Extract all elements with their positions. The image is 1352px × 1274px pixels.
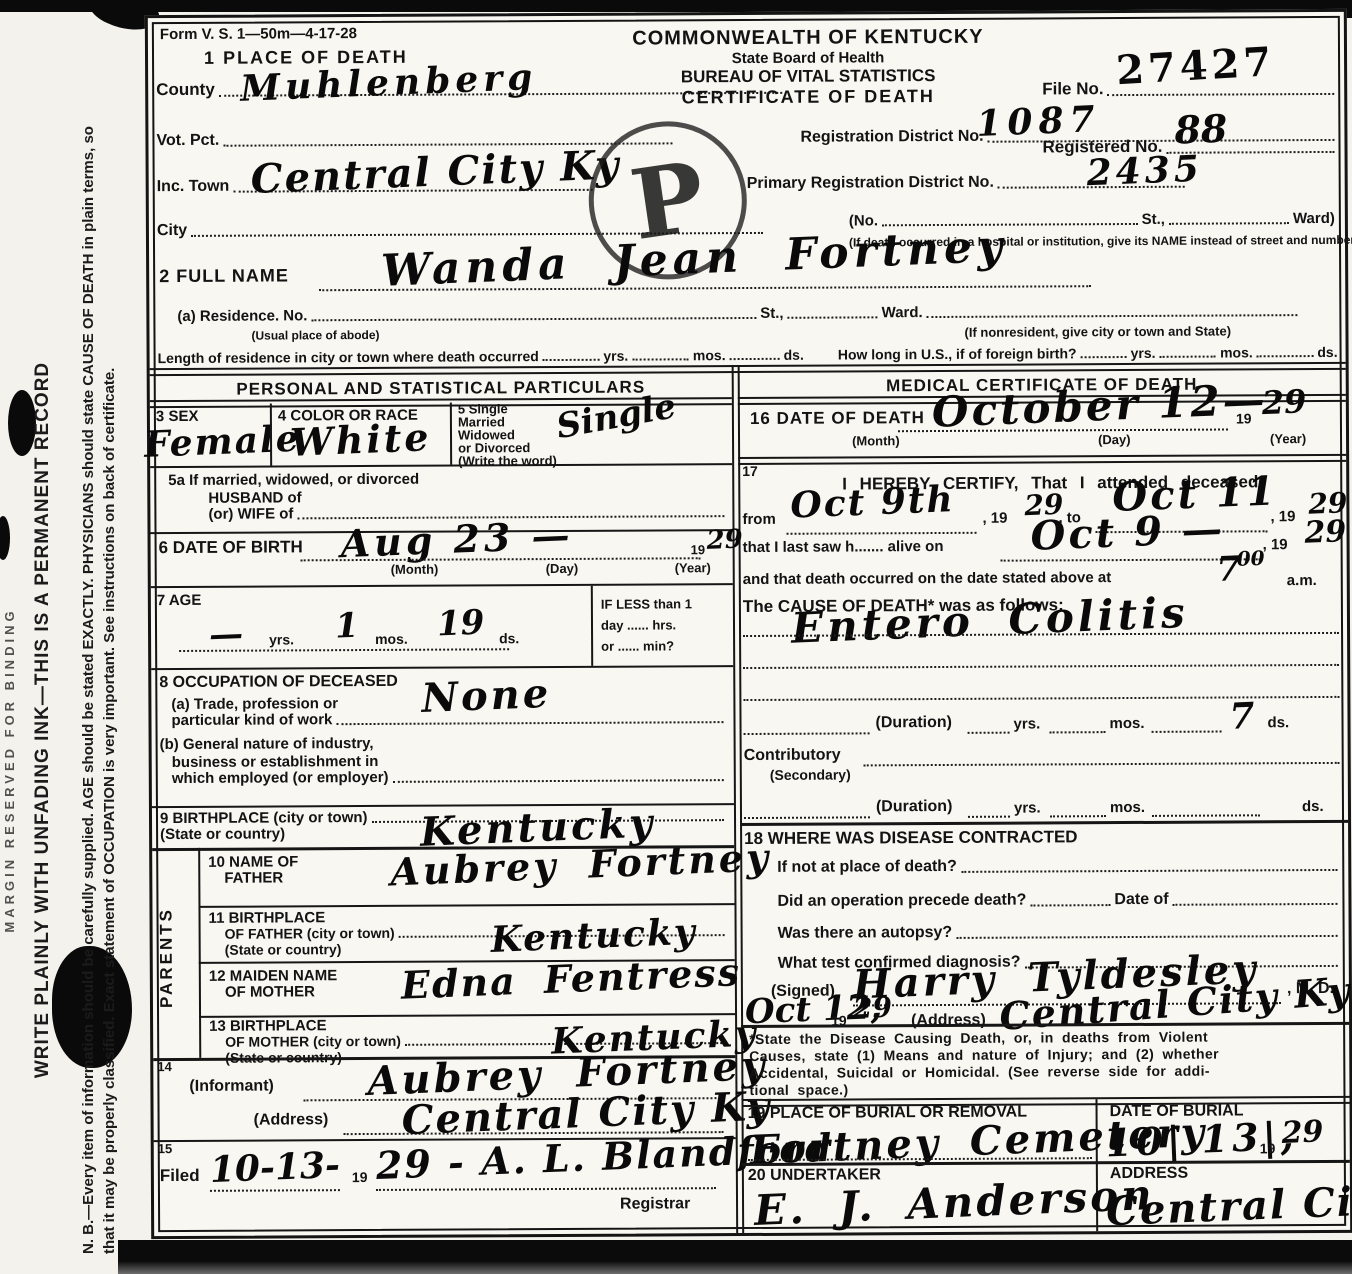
dotted-line: [788, 314, 878, 318]
cell-divider: [270, 403, 272, 465]
row-divider: [151, 665, 733, 670]
dotted-line: [336, 719, 723, 725]
father-bp-state-label: (State or country): [225, 941, 342, 958]
burial-year-handwriting: 29: [1281, 1117, 1324, 1149]
year-label: (Year): [675, 561, 711, 576]
if-less-box-divider: [591, 586, 593, 666]
registration-district-label: Registration District No.: [800, 128, 983, 147]
dotted-line: [961, 867, 1337, 873]
certificate-frame: Form V. S. 1—50m—4-17-28 1 PLACE OF DEAT…: [145, 9, 1352, 1239]
dotted-line: [968, 814, 1010, 818]
cause-of-death-handwriting: Entero Colitis: [790, 592, 1189, 650]
city-label: City: [157, 222, 187, 240]
how-long-label: How long in U.S., if of foreign birth?: [838, 345, 1077, 362]
undertaker-handwriting: E. J. Anderson: [753, 1174, 1155, 1232]
dotted-line: [1152, 729, 1222, 733]
registrar-label: Registrar: [620, 1195, 690, 1214]
item14-number: 14: [157, 1060, 172, 1075]
dotted-line: [864, 760, 1340, 766]
occupation-handwriting: None: [421, 674, 552, 719]
scan-band-bottom: [118, 1240, 1352, 1274]
dotted-line: [393, 777, 724, 783]
filed-label: Filed: [160, 1166, 200, 1186]
signed-address-label: (Address): [911, 1012, 986, 1031]
duration2-label: (Duration): [876, 798, 953, 817]
full-name-label: 2 FULL NAME: [159, 265, 289, 286]
duration-mos: mos.: [1109, 715, 1144, 732]
file-no-label: File No.: [1042, 79, 1104, 99]
residence-label: (a) Residence. No.: [177, 307, 307, 325]
dotted-line: [1152, 812, 1260, 817]
duration2-ds: ds.: [1302, 798, 1324, 815]
contributory-label: Contributory: [744, 747, 841, 766]
secondary-label: (Secondary): [770, 766, 851, 783]
age-yrs-unit: yrs.: [269, 631, 294, 647]
inc-town-label: Inc. Town: [157, 178, 230, 196]
mother-name-handwriting: Edna Fentress: [400, 953, 742, 1005]
burial-19: 19: [1260, 1140, 1276, 1156]
file-no-stamped: 27427: [1115, 42, 1276, 91]
dotted-line: [743, 662, 1339, 669]
residence-st-label: St.,: [760, 305, 783, 322]
county-handwriting: Muhlenberg: [240, 59, 538, 107]
undertaker-address-label: ADDRESS: [1110, 1165, 1188, 1184]
signed-year-handwriting: 29: [852, 994, 892, 1024]
abode-note: (Usual place of abode): [251, 329, 379, 343]
operation-row: Did an operation precede death? Date of: [777, 890, 1341, 911]
duration-ds: ds.: [1267, 714, 1289, 731]
item17-number: 17: [742, 463, 758, 479]
item15-number: 15: [158, 1142, 173, 1157]
father-name-label2: FATHER: [224, 869, 283, 887]
day-label: (Day): [1098, 433, 1131, 448]
autopsy-row: Was there an autopsy?: [778, 922, 1342, 943]
age-mos-unit: mos.: [375, 631, 408, 647]
county-label: County: [156, 80, 215, 100]
filed-date-handwriting: 10-13-: [209, 1147, 340, 1188]
dob-year-handwriting: 29: [706, 526, 743, 553]
if-not-row: If not at place of death?: [777, 856, 1341, 877]
duration-label: (Duration): [875, 714, 952, 733]
to-19: , 19: [1270, 508, 1295, 525]
birthplace-state-label: (State or country): [160, 825, 285, 843]
dotted-line: [1257, 353, 1314, 357]
last-saw-label: that I last saw h....... alive on: [743, 538, 944, 556]
informant-label: (Informant): [189, 1077, 274, 1096]
st-label: St.,: [1142, 211, 1165, 228]
age-mos-handwriting: 1: [334, 609, 359, 644]
cell-divider: [450, 403, 452, 465]
row-divider: [198, 903, 734, 908]
scanned-death-certificate: MARGIN RESERVED FOR BINDING WRITE PLAINL…: [0, 0, 1352, 1274]
dotted-line: [632, 356, 689, 360]
dotted-line: [1173, 901, 1338, 906]
bureau-subtitle: BUREAU OF VITAL STATISTICS: [568, 66, 1048, 88]
sex-handwriting: Female: [143, 421, 301, 463]
duration-ds-handwriting: 7: [1229, 698, 1255, 735]
yrs-label: yrs.: [1131, 345, 1156, 361]
last-saw-year-handwriting: 29: [1304, 517, 1347, 549]
marital-options-label: 5 Single Married Widowed or Divorced (Wr…: [458, 402, 557, 468]
nonresident-note: (If nonresident, give city or town and S…: [964, 324, 1231, 340]
occupation-b3: which employed (or employer): [172, 769, 389, 787]
age-ds-handwriting: 19: [436, 606, 485, 642]
dotted-line: [956, 933, 1337, 939]
age-label: 7 AGE: [157, 592, 202, 609]
dotted-line: [1050, 729, 1106, 733]
birthplace-label: 9 BIRTHPLACE (city or town): [160, 809, 368, 827]
residence-row: (a) Residence. No. St., Ward.: [177, 302, 1301, 325]
ds-label: ds.: [784, 347, 804, 363]
dotted-line: [1050, 813, 1106, 817]
occupation-b3-row: which employed (or employer): [172, 767, 728, 787]
age-ds-unit: ds.: [499, 630, 519, 646]
where-contracted-label: 18 WHERE WAS DISEASE CONTRACTED: [744, 827, 1078, 848]
dotted-line: [968, 730, 1010, 734]
last-saw-19: , 19: [1263, 536, 1288, 553]
dotted-line: [927, 312, 1298, 318]
parents-vertical-label: PARENTS: [156, 874, 195, 1042]
registration-district-handwriting: 1087: [976, 101, 1102, 142]
dotted-line: [1169, 220, 1289, 225]
margin-nb-note: N. B.—Every item of information should b…: [78, 96, 120, 1254]
dotted-line: [744, 730, 870, 735]
parents-cell-divider: [198, 848, 201, 1058]
if-not-label: If not at place of death?: [777, 858, 957, 877]
dotted-line: [1159, 354, 1216, 358]
residence-ward-label: Ward.: [882, 304, 923, 321]
death-time-sup-handwriting: 00: [1236, 548, 1265, 569]
primary-district-handwriting: 2435: [1086, 151, 1204, 192]
date-of-label: Date of: [1114, 891, 1168, 909]
filed-19: 19: [352, 1169, 368, 1185]
occupation-label: 8 OCCUPATION OF DECEASED: [159, 673, 398, 693]
dotted-line: [787, 530, 977, 535]
commonwealth-title: COMMONWEALTH OF KENTUCKY: [568, 25, 1048, 51]
duration2-yrs: yrs.: [1014, 799, 1041, 816]
undertaker-address-handwriting: Central City: [1105, 1180, 1352, 1232]
father-name-label1: 10 NAME OF: [208, 853, 298, 871]
occupation-b1: (b) General nature of industry,: [160, 735, 374, 753]
registered-no-handwriting: 88: [1174, 110, 1228, 150]
duration2-mos: mos.: [1110, 799, 1145, 816]
race-handwriting: White: [289, 418, 432, 462]
ward-label: Ward): [1293, 210, 1335, 227]
dotted-line: [744, 814, 870, 819]
item5a-line2: HUSBAND of: [208, 489, 301, 507]
dotted-line: [376, 1185, 716, 1191]
margin-binding-note: MARGIN RESERVED FOR BINDING: [2, 370, 17, 1170]
month-label: (Month): [852, 434, 900, 449]
row-divider: [740, 820, 1348, 826]
dotted-line: [1030, 902, 1110, 906]
am-label: a.m.: [1287, 572, 1317, 589]
dotted-line: [543, 357, 600, 361]
dotted-line: [179, 646, 509, 652]
mother-name-label1: 12 MAIDEN NAME: [209, 967, 337, 985]
day-label: (Day): [546, 562, 579, 577]
dotted-line: [1081, 354, 1127, 358]
yrs-label: yrs.: [603, 348, 628, 364]
dotted-line: [730, 356, 780, 360]
mother-bp-label2: OF MOTHER (city or town): [225, 1033, 401, 1050]
attended-from-handwriting: Oct 9th: [790, 481, 956, 524]
occurred-label: and that death occurred on the date stat…: [743, 569, 1111, 588]
row-divider: [151, 583, 733, 588]
dob-19: 19: [691, 543, 706, 558]
month-label: (Month): [391, 563, 439, 578]
row-divider: [738, 454, 1346, 465]
primary-district-label: Primary Registration District No.: [747, 174, 994, 193]
mos-label: mos.: [1220, 344, 1253, 360]
from-19: , 19: [982, 510, 1007, 527]
year-label: (Year): [1270, 432, 1306, 447]
duration-yrs: yrs.: [1013, 715, 1040, 732]
occupation-a2: particular kind of work: [171, 711, 332, 729]
mos-label: mos.: [693, 347, 726, 363]
from-label: from: [742, 511, 775, 528]
dob-label: 6 DATE OF BIRTH: [159, 537, 303, 557]
father-name-handwriting: Aubrey Fortney: [390, 838, 772, 891]
margin-write-plainly-note: WRITE PLAINLY WITH UNFADING INK—THIS IS …: [32, 228, 54, 1212]
form-number: Form V. S. 1—50m—4-17-28: [160, 25, 357, 43]
dotted-line: [311, 315, 756, 321]
informant-address-label: (Address): [254, 1111, 329, 1130]
row-divider: [150, 463, 732, 468]
dod-19: 19: [1236, 410, 1252, 426]
last-saw-handwriting: Oct 9 —: [1030, 509, 1226, 557]
if-less-box: IF LESS than 1 day ...... hrs. or ......…: [601, 593, 692, 656]
operation-label: Did an operation precede death?: [777, 892, 1026, 911]
ds-label: ds.: [1317, 344, 1337, 360]
item5a-line3: (or) WIFE of: [208, 505, 293, 522]
father-bp-label2: OF FATHER (city or town): [225, 925, 395, 942]
dotted-line: [301, 555, 701, 561]
footnote-violent-causes: *State the Disease Causing Death, or, in…: [749, 1028, 1345, 1099]
vot-pct-label: Vot. Pct.: [156, 132, 219, 150]
dotted-line: [210, 1187, 340, 1192]
date-of-death-label: 16 DATE OF DEATH: [750, 408, 925, 428]
dod-year-handwriting: 29: [1261, 385, 1307, 419]
mother-name-label2: OF MOTHER: [225, 983, 315, 1001]
autopsy-label: Was there an autopsy?: [778, 924, 953, 943]
title-block: COMMONWEALTH OF KENTUCKY State Board of …: [568, 25, 1048, 108]
length-label: Length of residence in city or town wher…: [158, 348, 539, 366]
item5a-line1: 5a If married, widowed, or divorced: [168, 471, 419, 490]
